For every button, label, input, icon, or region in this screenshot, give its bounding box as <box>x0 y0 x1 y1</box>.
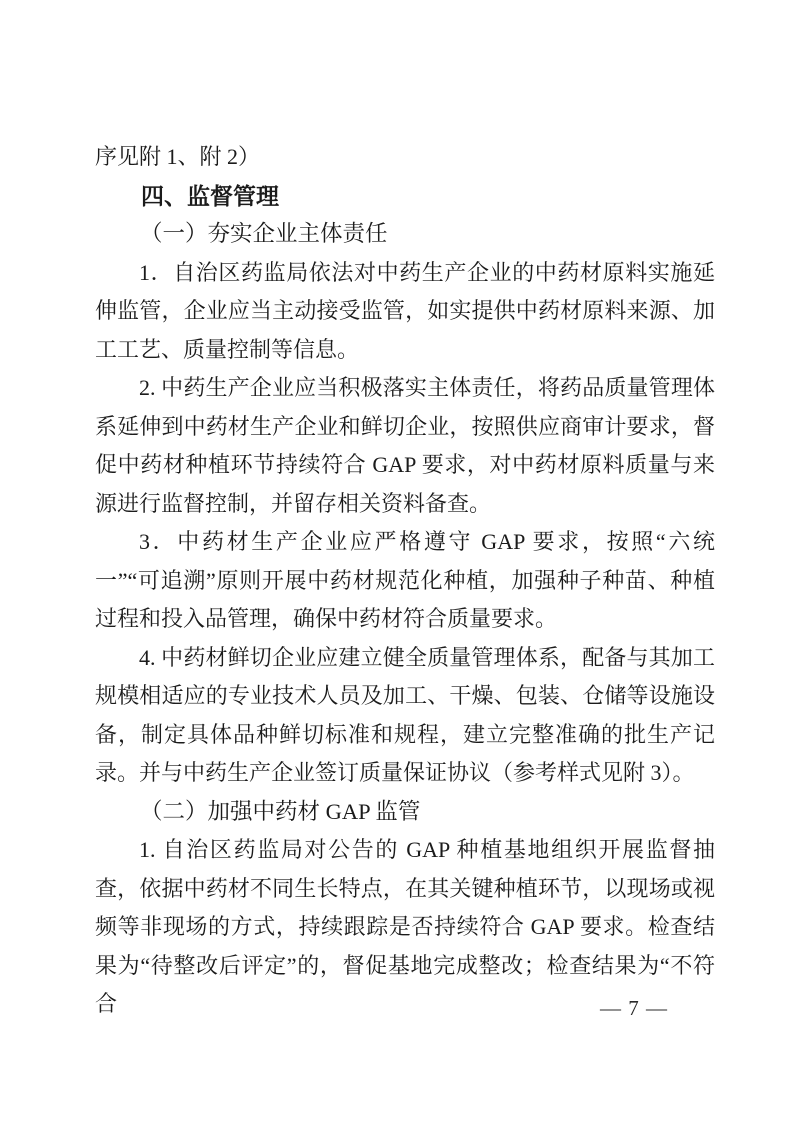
paragraph-2: 2. 中药生产企业应当积极落实主体责任，将药品质量管理体系延伸到中药材生产企业和… <box>95 369 715 523</box>
subsection-heading-1: （一）夯实企业主体责任 <box>95 215 715 254</box>
paragraph-1: 1．自治区药监局依法对中药生产企业的中药材原料实施延伸监管，企业应当主动接受监管… <box>95 254 715 370</box>
paragraph-5: 1. 自治区药监局对公告的 GAP 种植基地组织开展监督抽查，依据中药材不同生长… <box>95 831 715 1024</box>
paragraph-4: 4. 中药材鲜切企业应建立健全质量管理体系，配备与其加工规模相适应的专业技术人员… <box>95 639 715 793</box>
paragraph-3: 3．中药材生产企业应严格遵守 GAP 要求，按照“六统一”“可追溯”原则开展中药… <box>95 523 715 639</box>
subsection-heading-2: （二）加强中药材 GAP 监管 <box>95 793 715 832</box>
section-heading-supervision: 四、监督管理 <box>95 177 715 216</box>
document-page: 序见附 1、附 2） 四、监督管理 （一）夯实企业主体责任 1．自治区药监局依法… <box>0 0 793 1122</box>
page-number: — 7 — <box>600 996 668 1021</box>
document-content: 序见附 1、附 2） 四、监督管理 （一）夯实企业主体责任 1．自治区药监局依法… <box>95 138 715 1024</box>
continued-line: 序见附 1、附 2） <box>95 138 715 177</box>
